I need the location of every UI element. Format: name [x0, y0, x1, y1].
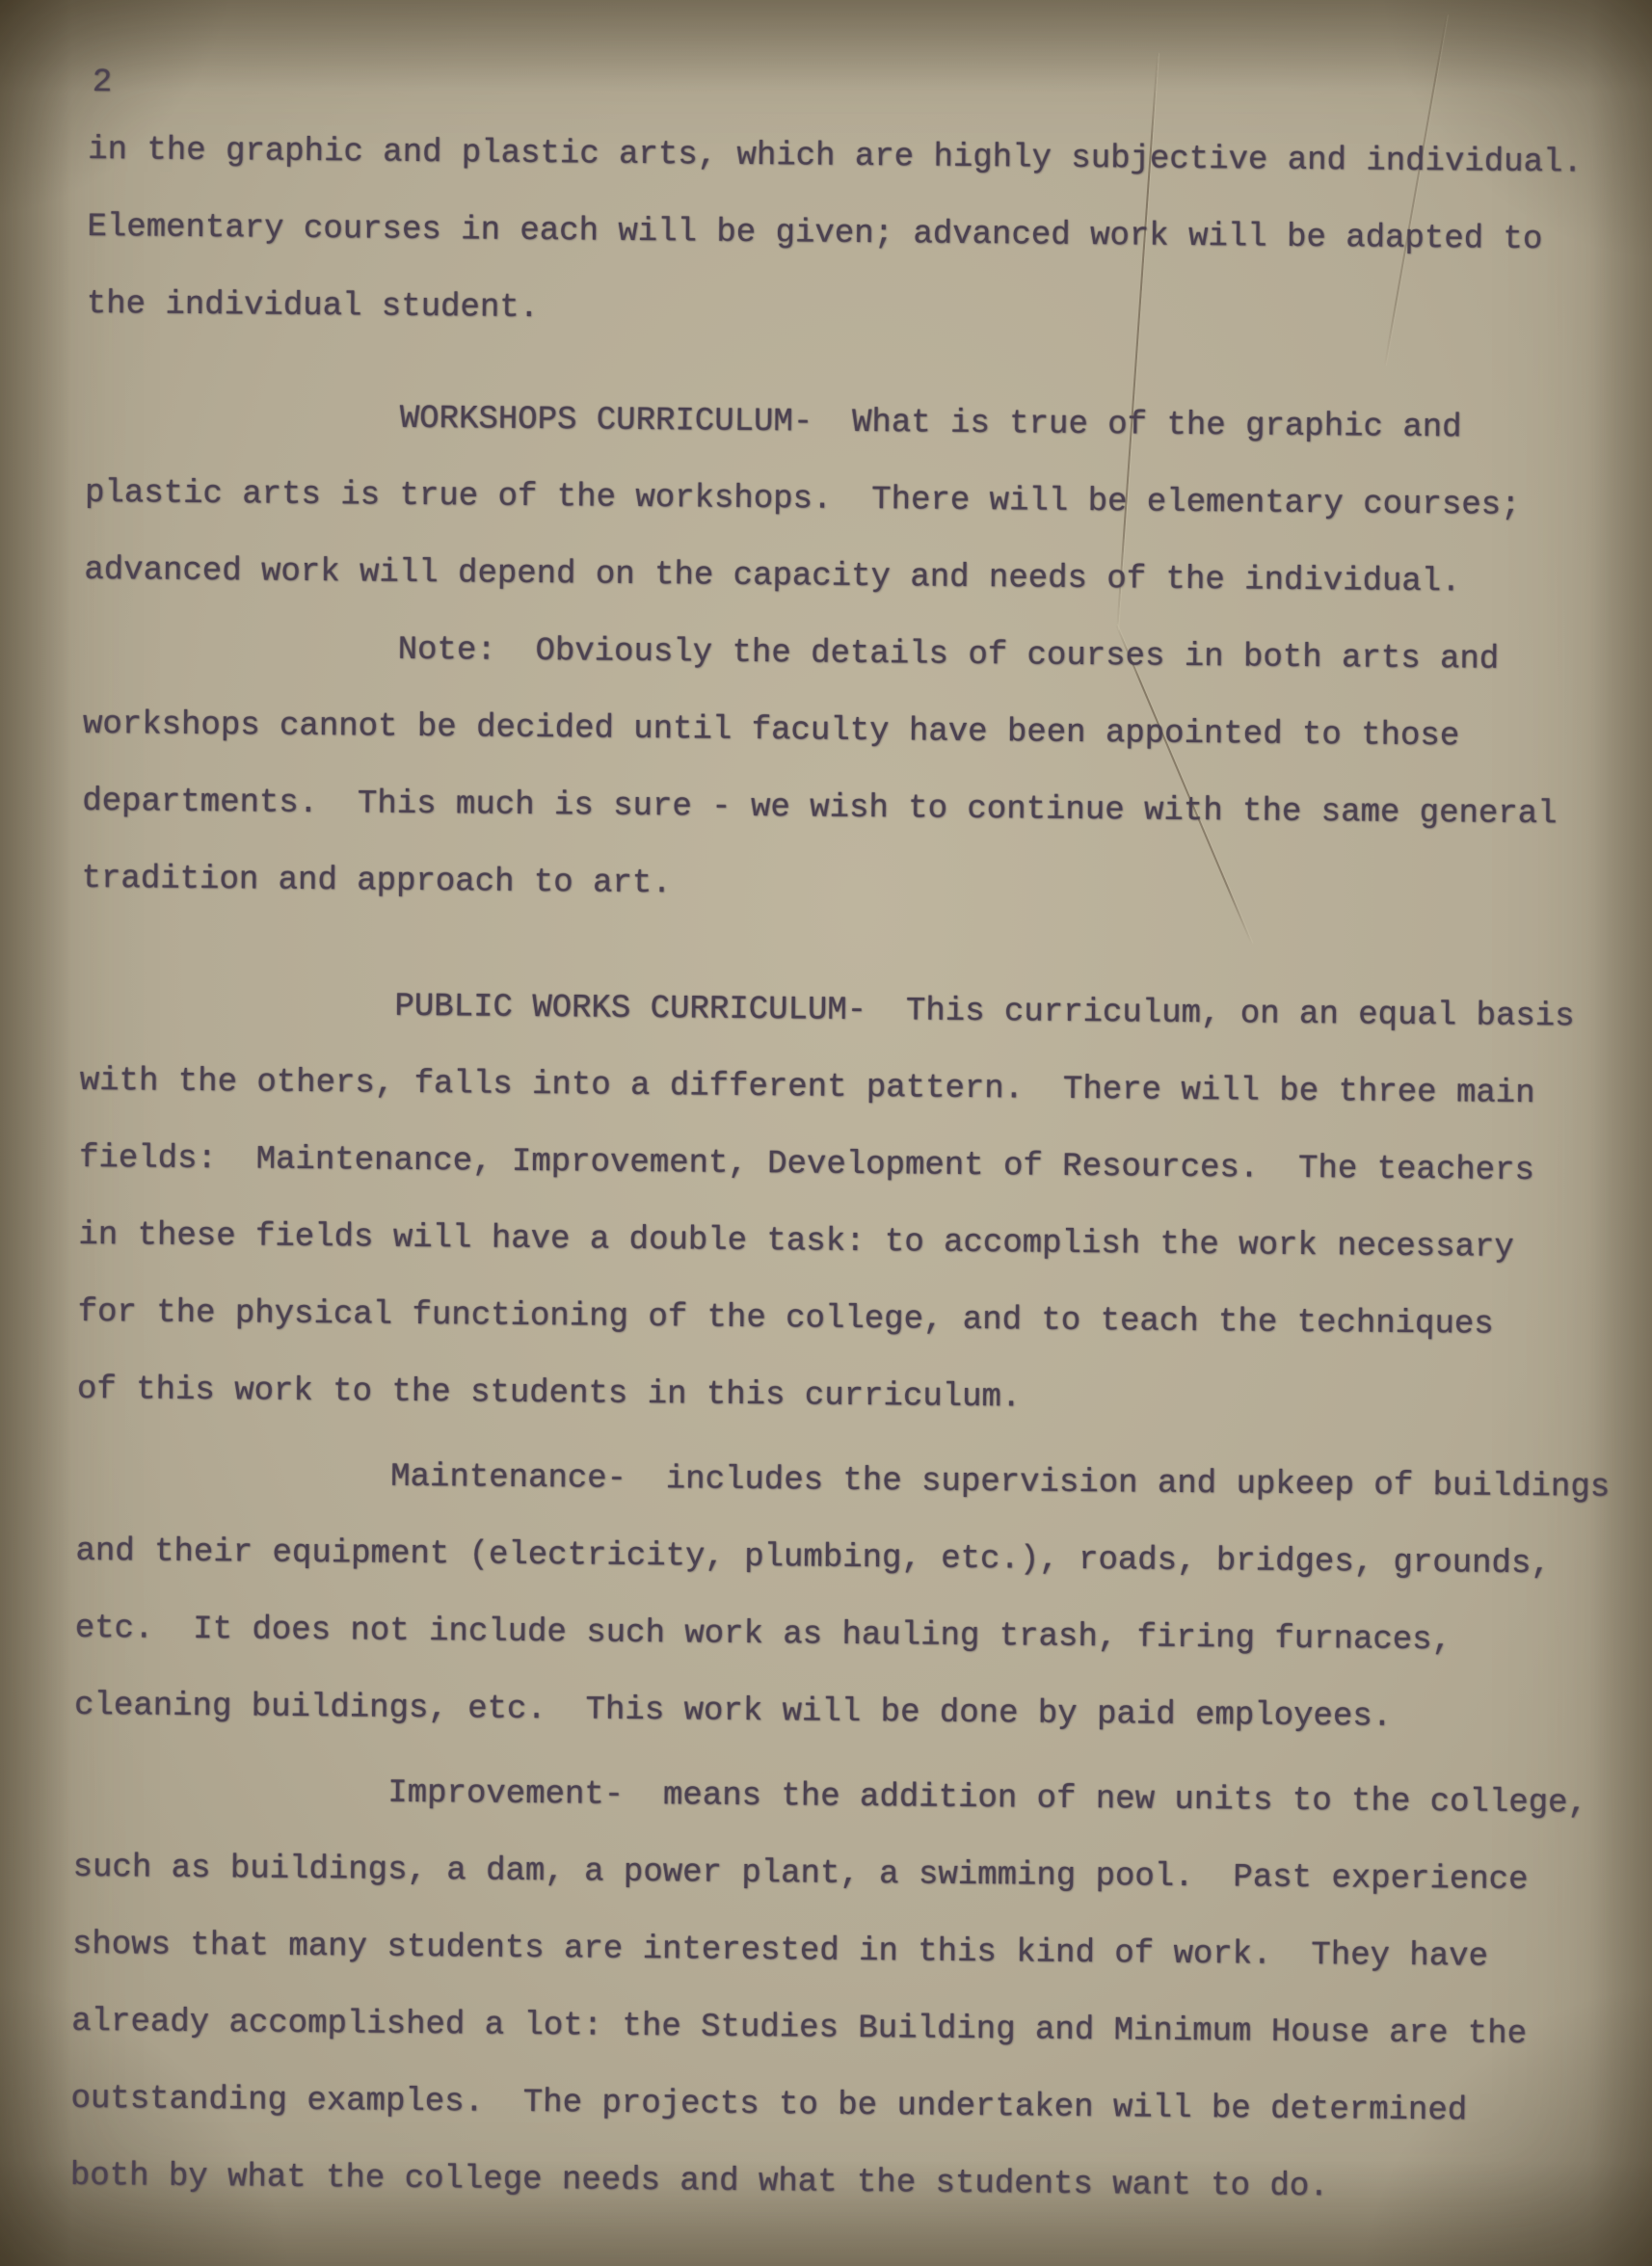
text-line: departments. This much is sure - we wish… — [82, 763, 1592, 854]
text-line: PUBLIC WORKS CURRICULUM- This curriculum… — [80, 966, 1590, 1056]
text-line: for the physical functioning of the coll… — [77, 1274, 1587, 1365]
text-line: plastic arts is true of the workshops. T… — [85, 455, 1595, 546]
text-line: workshops cannot be decided until facult… — [83, 686, 1593, 777]
text-line: advanced work will depend on the capacit… — [84, 532, 1594, 623]
text-line: Maintenance- includes the supervision an… — [76, 1436, 1586, 1527]
text-line: WORKSHOPS CURRICULUM- What is true of th… — [85, 378, 1595, 468]
text-line: both by what the college needs and what … — [70, 2138, 1581, 2228]
text-line: outstanding examples. The projects to be… — [70, 2061, 1581, 2151]
paragraph-improvement: Improvement- means the addition of new u… — [70, 1752, 1584, 2228]
typewritten-text: 2 in the graphic and plastic arts, which… — [70, 64, 1598, 2228]
text-line: Improvement- means the addition of new u… — [73, 1752, 1584, 1843]
text-line: fields: Maintenance, Improvement, Develo… — [79, 1120, 1589, 1211]
paragraph-intro-continuation: in the graphic and plastic arts, which a… — [86, 112, 1597, 357]
text-line: such as buildings, a dam, a power plant,… — [72, 1829, 1583, 1920]
text-line: cleaning buildings, etc. This work will … — [74, 1667, 1585, 1758]
paragraph-workshops-curriculum: WORKSHOPS CURRICULUM- What is true of th… — [84, 378, 1595, 623]
text-line: the individual student. — [86, 266, 1596, 357]
text-line: Note: Obviously the details of courses i… — [83, 609, 1593, 700]
paragraph-public-works-curriculum: PUBLIC WORKS CURRICULUM- This curriculum… — [77, 966, 1590, 1442]
text-line: tradition and approach to art. — [81, 840, 1591, 931]
page-number: 2 — [93, 64, 1598, 116]
text-line: already accomplished a lot: the Studies … — [71, 1984, 1582, 2074]
text-line: and their equipment (electricity, plumbi… — [75, 1513, 1585, 1604]
text-line: of this work to the students in this cur… — [77, 1351, 1587, 1442]
text-line: with the others, falls into a different … — [79, 1043, 1589, 1133]
text-line: in these fields will have a double task:… — [78, 1197, 1588, 1288]
text-line: in the graphic and plastic arts, which a… — [88, 112, 1598, 202]
text-line: etc. It does not include such work as ha… — [74, 1590, 1585, 1681]
paragraph-note: Note: Obviously the details of courses i… — [81, 609, 1593, 931]
text-line: shows that many students are interested … — [72, 1906, 1583, 1997]
paragraph-maintenance: Maintenance- includes the supervision an… — [74, 1436, 1586, 1758]
text-line: Elementary courses in each will be given… — [87, 189, 1597, 280]
document-page: 2 in the graphic and plastic arts, which… — [0, 0, 1652, 2266]
